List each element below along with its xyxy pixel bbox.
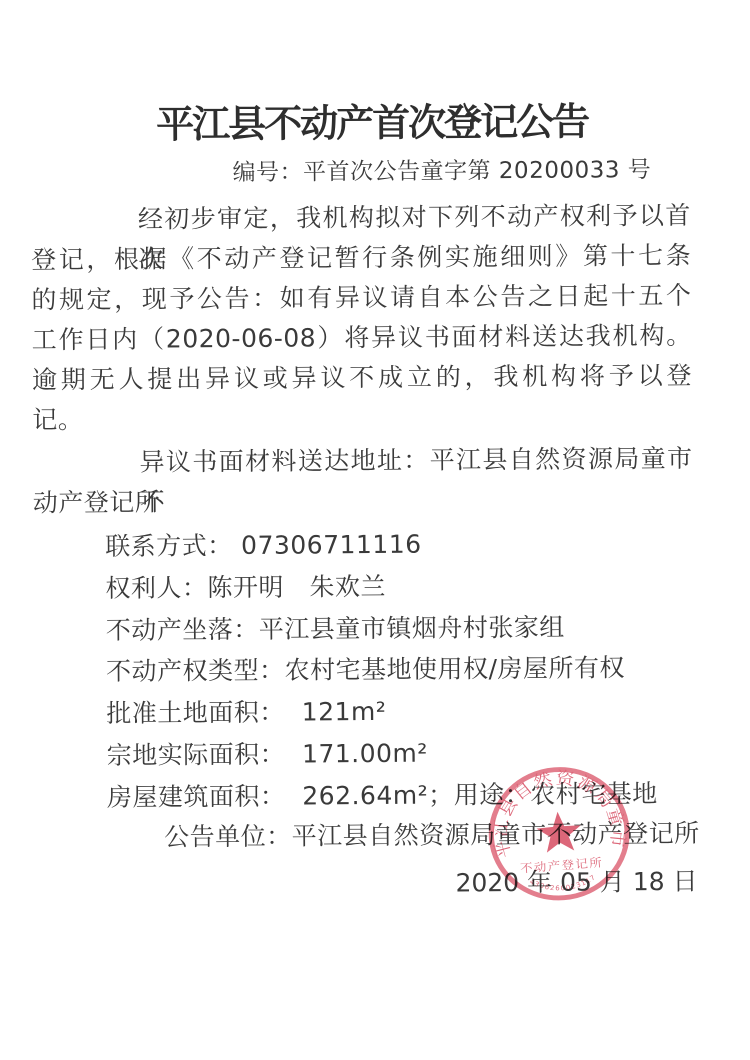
paragraph-line: 动产登记所 [33,479,693,524]
field-building-area: 房屋建筑面积： 262.64m²；用途：农村宅基地 [107,772,727,818]
paragraph-line: 工作日内（2020-06-08）将异议书面材料送达我机构。 [32,316,692,361]
paragraph-line: 经初步审定，我机构拟对下列不动产权利予以首次 [31,196,691,241]
seal-graphic: 平江县自然资源局童市 不动产登记所 4306260023117 [481,759,637,908]
serial-number: 编号：平首次公告童字第 20200033 号 [232,154,651,189]
official-seal: 平江县自然资源局童市 不动产登记所 4306260023117 [481,759,637,908]
paragraph-line: 逾期无人提出异议或异议不成立的，我机构将予以登 [32,356,692,401]
seal-arc-text: 平江县自然资源局童市 [485,763,631,861]
field-rights-holder: 权利人：陈开明 朱欢兰 [105,563,725,609]
address-paragraph: 异议书面材料送达地址：平江县自然资源局童市不 动产登记所 [32,439,693,524]
scanned-sheet: 平江县不动产首次登记公告 编号：平首次公告童字第 20200033 号 经初步审… [0,0,750,1060]
field-parcel-area: 宗地实际面积： 171.00m² [106,731,726,777]
seal-subtitle: 不动产登记所 [520,855,604,876]
field-right-type: 不动产权类型：农村宅基地使用权/房屋所有权 [106,647,726,693]
paragraph-line: 异议书面材料送达地址：平江县自然资源局童市不 [32,439,692,484]
page-title: 平江县不动产首次登记公告 [0,89,747,149]
field-approved-area: 批准土地面积： 121m² [106,689,726,735]
paragraph-line: 的规定，现予公告：如有异议请自本公告之日起十五个 [31,276,691,321]
paragraph-line: 记。 [32,396,692,441]
field-list: 联系方式： 07306711116 权利人：陈开明 朱欢兰 不动产坐落：平江县童… [105,522,727,819]
document-page: 平江县不动产首次登记公告 编号：平首次公告童字第 20200033 号 经初步审… [0,0,750,1060]
field-location: 不动产坐落：平江县童市镇烟舟村张家组 [106,605,726,651]
announcement-paragraph: 经初步审定，我机构拟对下列不动产权利予以首次 登记，根据《不动产登记暂行条例实施… [31,196,693,441]
seal-star-icon [535,810,582,853]
field-contact: 联系方式： 07306711116 [105,522,725,568]
paragraph-line: 登记，根据《不动产登记暂行条例实施细则》第十七条 [31,236,691,281]
